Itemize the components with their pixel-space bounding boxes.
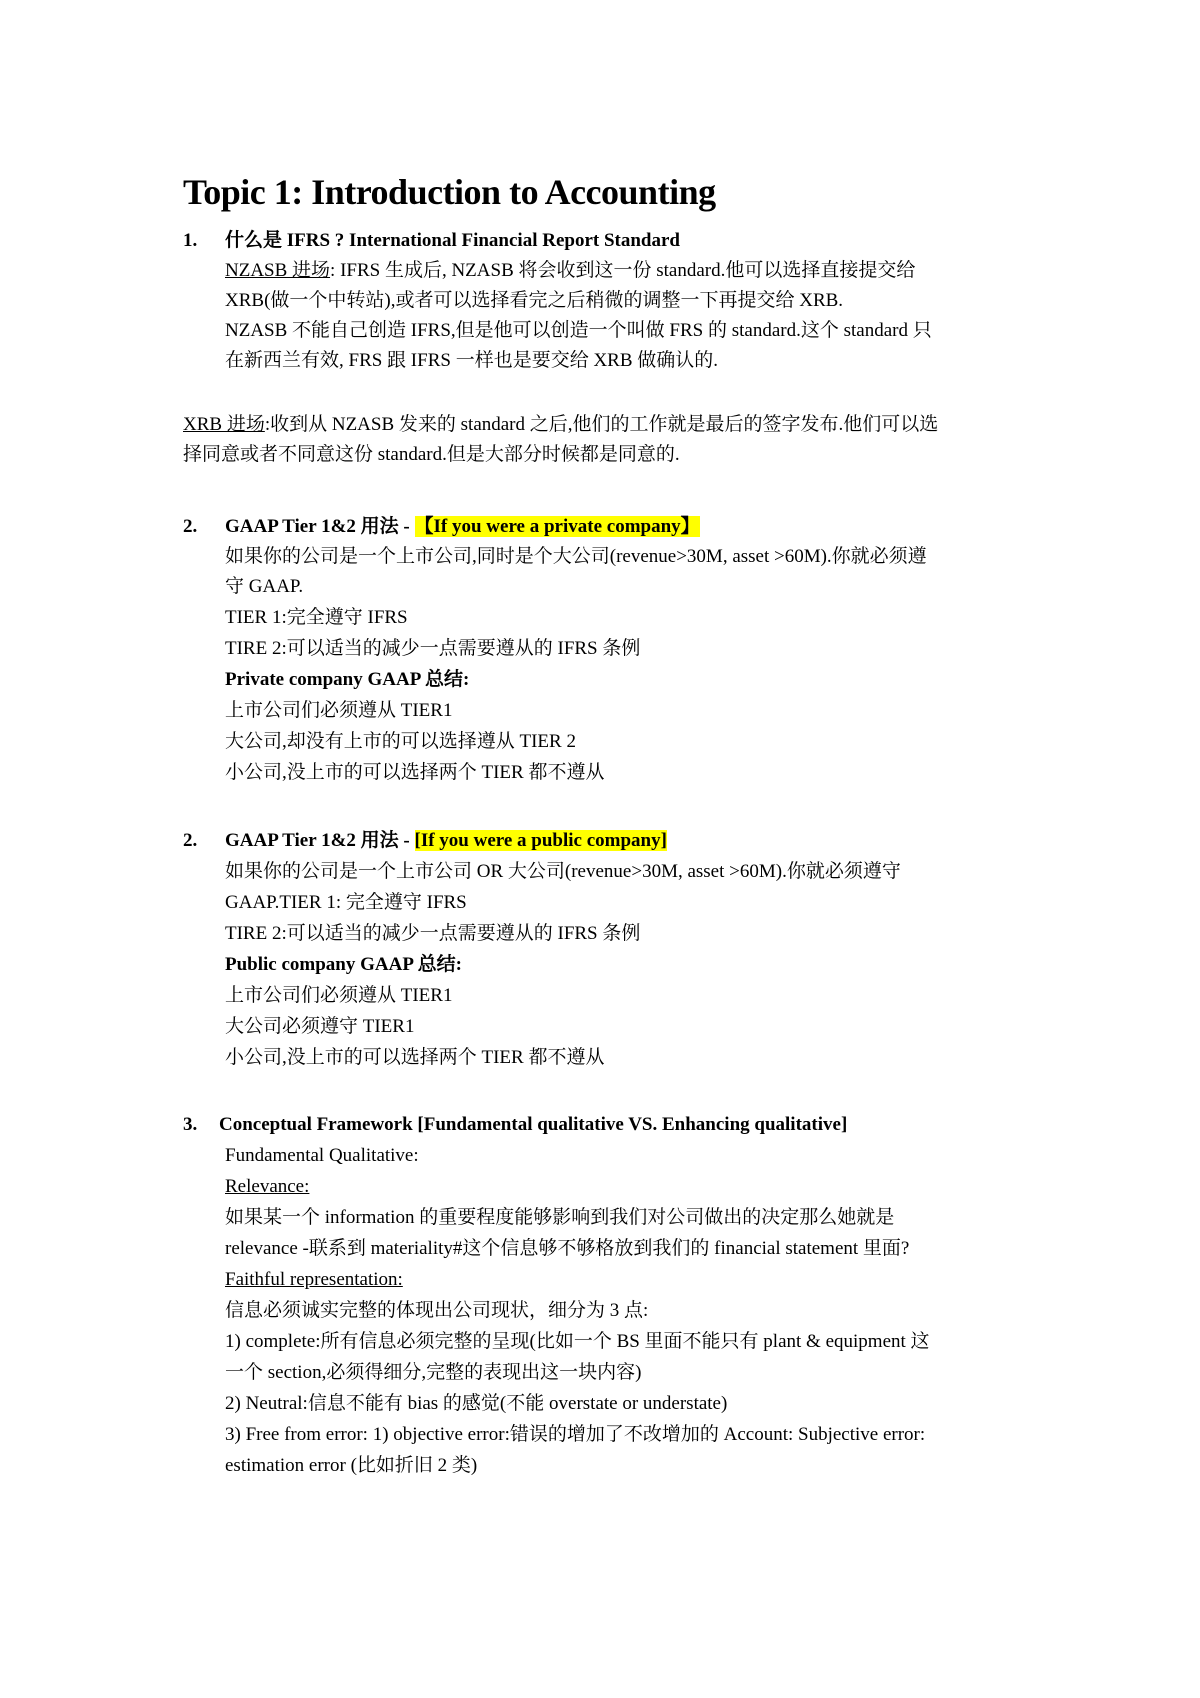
heading-prefix: GAAP Tier 1&2 (225, 516, 361, 537)
section-3-line: 如果某一个 information 的重要程度能够影响到我们对公司做出的决定那么… (225, 1203, 894, 1233)
section-2b-line: 如果你的公司是一个上市公司 OR 大公司(revenue>30M, asset … (225, 857, 901, 887)
relevance-label: Relevance: (225, 1172, 309, 1202)
section-3-number: 3. (183, 1110, 197, 1140)
section-3-line: relevance -联系到 materiality#这个信息够不够格放到我们的… (225, 1234, 909, 1264)
summary-colon: : (456, 954, 462, 975)
heading-prefix: GAAP Tier 1&2 (225, 830, 361, 851)
xrb-line: 择同意或者不同意这份 standard.但是大部分时候都是同意的. (183, 440, 680, 470)
section-2a-heading: GAAP Tier 1&2 用法 - 【If you were a privat… (225, 512, 700, 542)
section-2b-line: GAAP.TIER 1: 完全遵守 IFRS (225, 888, 467, 918)
section-1-heading: 什么是 IFRS ? International Financial Repor… (225, 226, 680, 256)
xrb-line: XRB 进场:收到从 NZASB 发来的 standard 之后,他们的工作就是… (183, 410, 938, 440)
section-1-heading-cn: 什么是 (225, 230, 282, 251)
section-1-line: 在新西兰有效, FRS 跟 IFRS 一样也是要交给 XRB 做确认的. (225, 346, 718, 376)
faithful-representation-label: Faithful representation: (225, 1265, 403, 1295)
section-3-line: 一个 section,必须得细分,完整的表现出这一块内容) (225, 1358, 641, 1388)
heading-sep: - (399, 830, 415, 851)
summary-en: Private company GAAP (225, 669, 425, 690)
page-title: Topic 1: Introduction to Accounting (183, 170, 716, 214)
section-3-heading: Conceptual Framework [Fundamental qualit… (219, 1110, 847, 1140)
section-2a-line: 如果你的公司是一个上市公司,同时是个大公司(revenue>30M, asset… (225, 542, 927, 572)
section-1-line: NZASB 不能自己创造 IFRS,但是他可以创造一个叫做 FRS 的 stan… (225, 316, 932, 346)
section-3-line: 1) complete:所有信息必须完整的呈现(比如一个 BS 里面不能只有 p… (225, 1327, 930, 1357)
private-summary-line: 小公司,没上市的可以选择两个 TIER 都不遵从 (225, 758, 604, 788)
section-1-line: XRB(做一个中转站),或者可以选择看完之后稍微的调整一下再提交给 XRB. (225, 286, 843, 316)
summary-en: Public company GAAP (225, 954, 418, 975)
section-2a-number: 2. (183, 512, 197, 542)
nzasb-label: NZASB 进场 (225, 260, 330, 281)
private-summary-line: 上市公司们必须遵从 TIER1 (225, 696, 452, 726)
section-2a-line: TIER 1:完全遵守 IFRS (225, 603, 408, 633)
xrb-label: XRB 进场 (183, 414, 265, 435)
section-1-number: 1. (183, 226, 197, 256)
section-2a-line: TIRE 2:可以适当的减少一点需要遵从的 IFRS 条例 (225, 634, 640, 664)
public-summary-line: 大公司必须遵守 TIER1 (225, 1012, 414, 1042)
section-2b-heading: GAAP Tier 1&2 用法 - [If you were a public… (225, 826, 667, 856)
heading-cn: 用法 (361, 516, 399, 537)
xrb-text: :收到从 NZASB 发来的 standard 之后,他们的工作就是最后的签字发… (265, 414, 938, 435)
section-2b-line: TIRE 2:可以适当的减少一点需要遵从的 IFRS 条例 (225, 919, 640, 949)
section-3-line: Fundamental Qualitative: (225, 1141, 419, 1171)
summary-cn: 总结 (425, 669, 463, 690)
private-summary-heading: Private company GAAP 总结: (225, 665, 469, 695)
section-2a-line: 守 GAAP. (225, 572, 303, 602)
heading-cn: 用法 (361, 830, 399, 851)
private-company-highlight: 【If you were a private company】 (415, 516, 700, 537)
public-company-highlight: [If you were a public company] (415, 830, 667, 851)
section-3-line: estimation error (比如折旧 2 类) (225, 1451, 477, 1481)
section-1-heading-en: IFRS ? International Financial Report St… (282, 230, 680, 251)
summary-cn: 总结 (418, 954, 456, 975)
section-3-line: 3) Free from error: 1) objective error:错… (225, 1420, 925, 1450)
section-1-line: NZASB 进场: IFRS 生成后, NZASB 将会收到这一份 standa… (225, 256, 915, 286)
section-3-line: 2) Neutral:信息不能有 bias 的感觉(不能 overstate o… (225, 1389, 727, 1419)
summary-colon: : (463, 669, 469, 690)
public-summary-line: 上市公司们必须遵从 TIER1 (225, 981, 452, 1011)
section-2b-number: 2. (183, 826, 197, 856)
public-summary-line: 小公司,没上市的可以选择两个 TIER 都不遵从 (225, 1043, 604, 1073)
section-1-text: : IFRS 生成后, NZASB 将会收到这一份 standard.他可以选择… (330, 260, 915, 281)
heading-sep: - (399, 516, 415, 537)
section-3-line: 信息必须诚实完整的体现出公司现状，细分为 3 点: (225, 1296, 648, 1326)
private-summary-line: 大公司,却没有上市的可以选择遵从 TIER 2 (225, 727, 576, 757)
document-page: Topic 1: Introduction to Accounting 1. 什… (0, 0, 1200, 1698)
public-summary-heading: Public company GAAP 总结: (225, 950, 462, 980)
